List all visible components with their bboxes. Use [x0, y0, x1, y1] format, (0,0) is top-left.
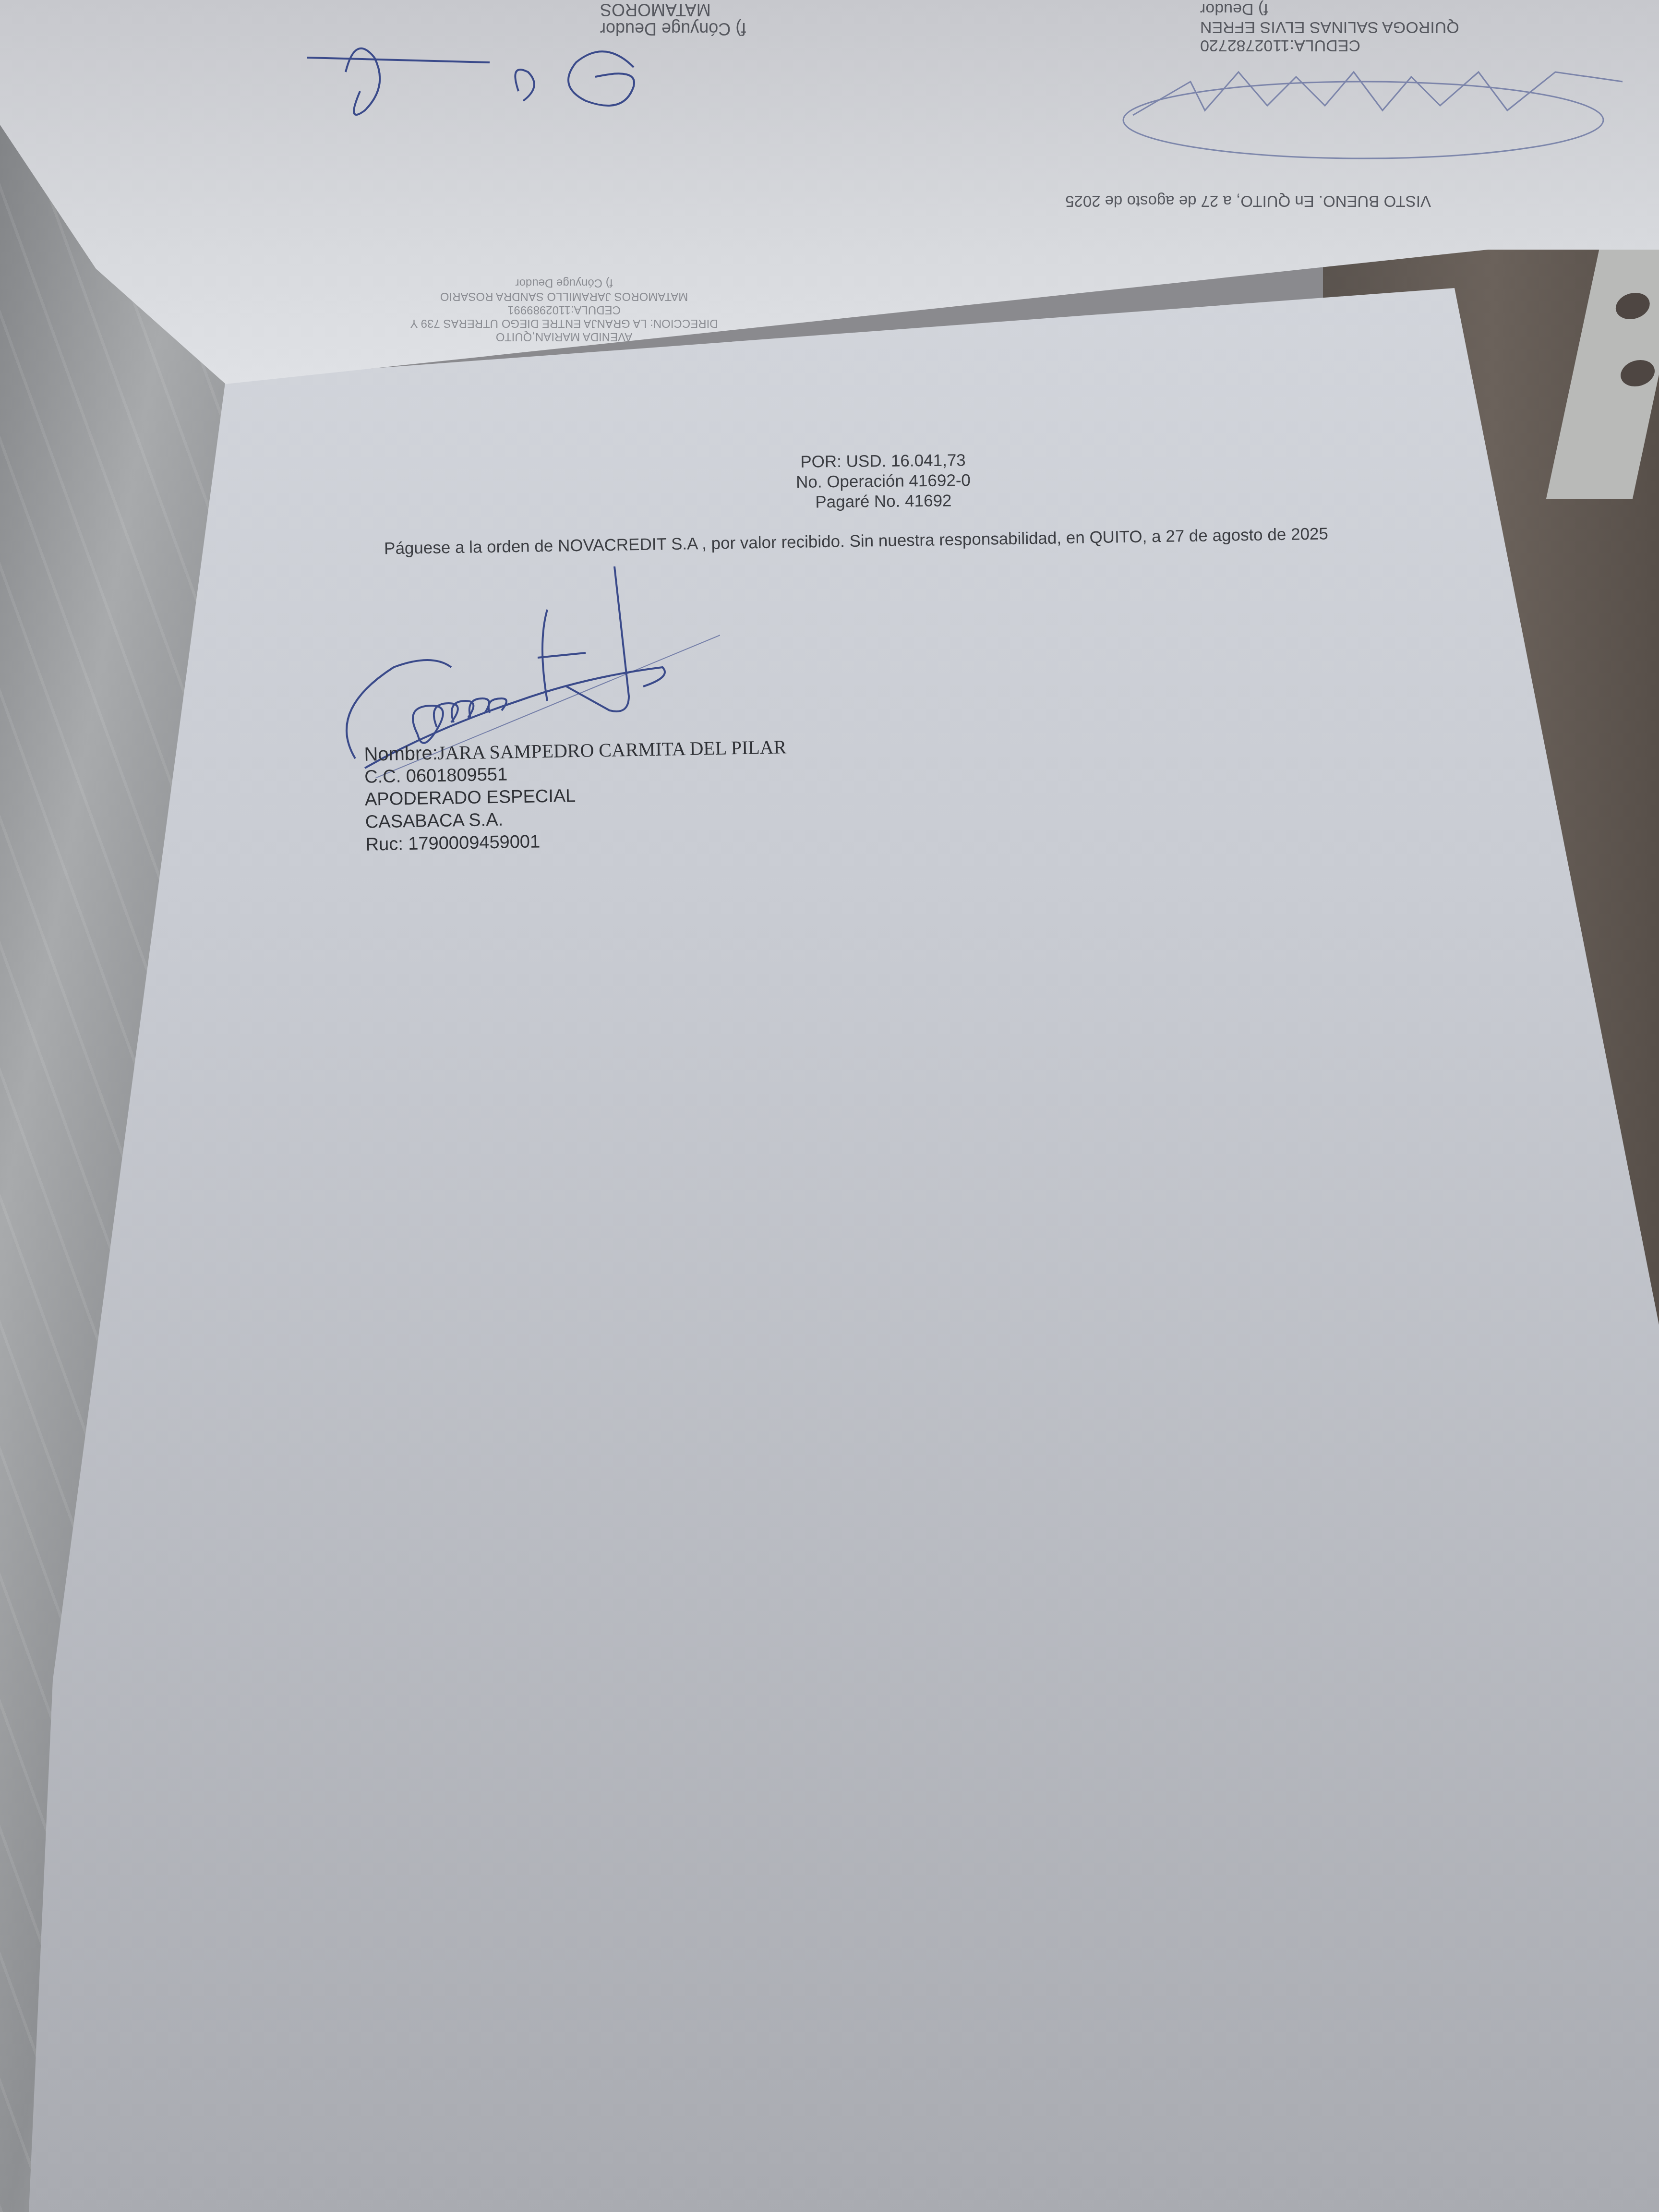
spouse-surname-top: MATAMOROS — [600, 0, 850, 19]
punch-hole — [1618, 360, 1658, 386]
document-header: POR: USD. 16.041,73 No. Operación 41692-… — [777, 450, 989, 513]
debtor-name: QUIROGA SALINAS ELVIS EFREN — [1200, 18, 1632, 36]
promissory-number: Pagaré No. 41692 — [778, 491, 989, 513]
punch-hole — [1613, 293, 1652, 319]
spouse-label: f) Cónyuge Deudor — [269, 276, 859, 289]
debtor-id: CEDULA:1102782720 — [1200, 36, 1632, 55]
spouse-bottom-block: AVENIDA MARIAN,QUITO DIRECCION: LA GRANJ… — [269, 276, 859, 343]
signer-block: Nombre:JARA SAMPEDRO CARMITA DEL PILAR C… — [364, 735, 788, 856]
debtor-label: f) Deudor — [1200, 0, 1632, 18]
spouse-id: CEDULA:1102989991 — [269, 303, 859, 316]
visto-bueno-line: VISTO BUENO. En QUITO, a 27 de agosto de… — [936, 192, 1560, 210]
name-label: Nombre: — [364, 743, 438, 765]
spouse-name: MATAMOROS JARAMILLO SANDRA ROSARIO — [269, 289, 859, 303]
signature-debtor-icon — [1094, 53, 1642, 163]
spouse-address-1: DIRECCION: LA GRANJA ENTRE DIEGO UTRERAS… — [269, 316, 859, 330]
debtor-block: CEDULA:1102782720 QUIROGA SALINAS ELVIS … — [1200, 0, 1632, 55]
amount-line: POR: USD. 16.041,73 — [777, 450, 988, 473]
spouse-address-2: AVENIDA MARIAN,QUITO — [269, 330, 859, 343]
signature-spouse-icon — [298, 29, 682, 154]
operation-number: No. Operación 41692-0 — [778, 470, 989, 493]
